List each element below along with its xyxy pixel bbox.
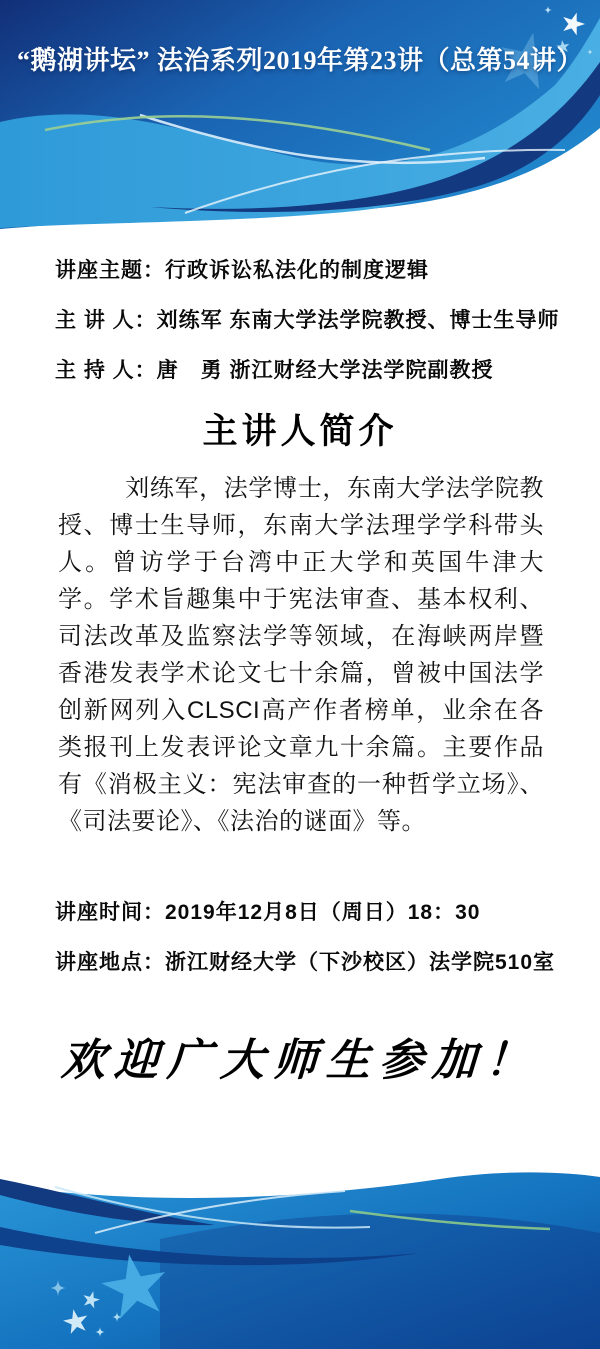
- time-label: 讲座时间：: [55, 901, 165, 924]
- speaker-label: 主 讲 人：: [55, 309, 157, 332]
- topic-label: 讲座主题：: [55, 259, 165, 282]
- footer-wave-decoration: [0, 1169, 600, 1349]
- header-wave-decoration: [0, 0, 600, 232]
- venue-label: 讲座地点：: [55, 951, 165, 974]
- venue-value: 浙江财经大学（下沙校区）法学院510室: [165, 951, 555, 974]
- bio-paragraph: 刘练军，法学博士，东南大学法学院教授、博士生导师，东南大学法理学学科带头人。曾访…: [58, 470, 544, 840]
- bio-heading: 主讲人简介: [0, 404, 600, 454]
- host-line: 主 持 人：唐 勇 浙江财经大学法学院副教授: [55, 354, 494, 384]
- topic-value: 行政诉讼私法化的制度逻辑: [165, 259, 429, 282]
- poster-title: “鹅湖讲坛” 法治系列2019年第23讲（总第54讲）: [0, 40, 600, 77]
- footer-deep-wave: [160, 1213, 600, 1349]
- welcome-message: 欢迎广大师生参加！: [0, 1024, 600, 1088]
- time-line: 讲座时间：2019年12月8日（周日）18：30: [55, 896, 480, 926]
- host-value: 唐 勇 浙江财经大学法学院副教授: [157, 359, 494, 382]
- lecture-poster: “鹅湖讲坛” 法治系列2019年第23讲（总第54讲） 讲座主题：行政诉讼私法化…: [0, 0, 600, 1349]
- host-label: 主 持 人：: [55, 359, 157, 382]
- speaker-line: 主 讲 人：刘练军 东南大学法学院教授、博士生导师: [55, 304, 560, 334]
- venue-line: 讲座地点：浙江财经大学（下沙校区）法学院510室: [55, 946, 555, 976]
- time-value: 2019年12月8日（周日）18：30: [165, 901, 480, 924]
- topic-line: 讲座主题：行政诉讼私法化的制度逻辑: [55, 254, 429, 284]
- speaker-value: 刘练军 东南大学法学院教授、博士生导师: [157, 309, 560, 332]
